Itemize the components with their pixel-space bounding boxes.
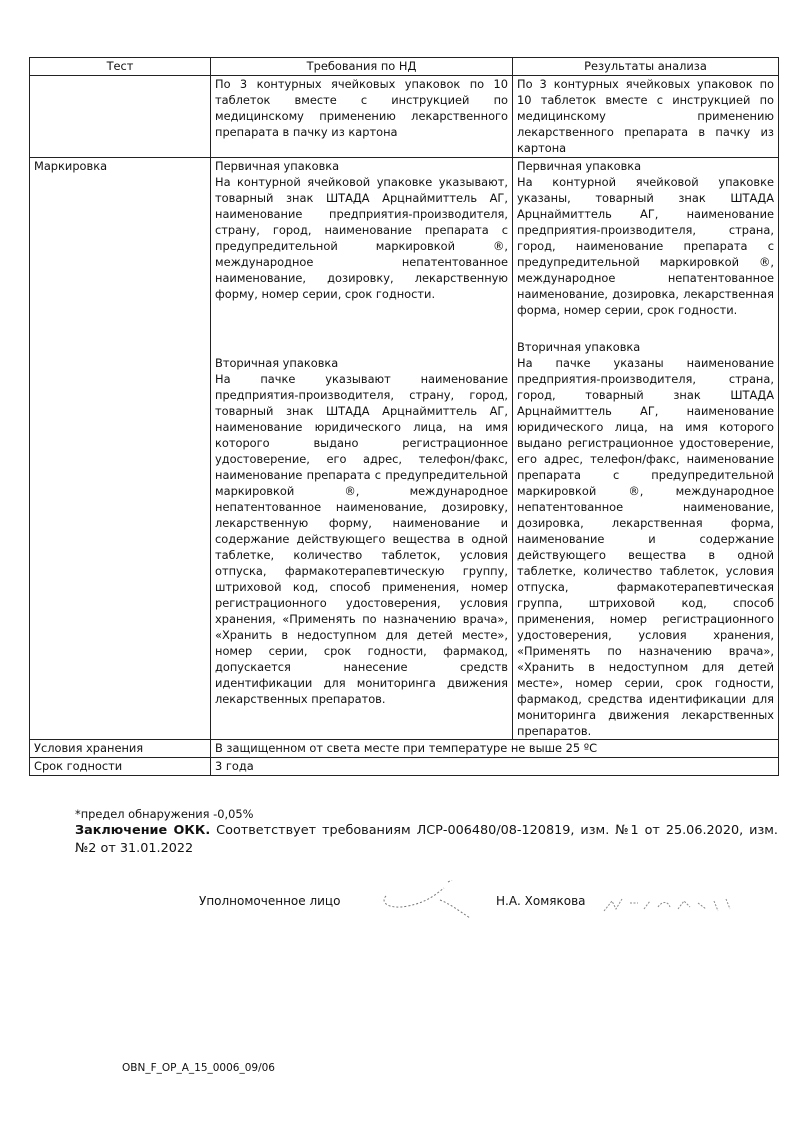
signature-icon xyxy=(378,880,478,920)
conclusion-label: Заключение ОКК. xyxy=(75,823,210,838)
cell-test: Срок годности xyxy=(30,758,211,776)
conclusion: Заключение ОКК. Соответствует требования… xyxy=(75,822,778,858)
signatory-name: Н.А. Хомякова xyxy=(496,893,586,909)
primary-title: Первичная упаковка xyxy=(215,158,508,174)
secondary-text: На пачке указывают наименование предприя… xyxy=(215,371,508,707)
primary-title: Первичная упаковка xyxy=(517,158,774,174)
cell-requirement: Первичная упаковка На контурной ячейково… xyxy=(211,158,513,740)
primary-text: На контурной ячейковой упаковке указываю… xyxy=(215,174,508,302)
header-results: Результаты анализа xyxy=(513,58,779,76)
primary-text: На контурной ячейковой упаковке указаны,… xyxy=(517,174,774,318)
document-page: Тест Требования по НД Результаты анализа… xyxy=(0,0,794,1122)
signatory-role: Уполномоченное лицо xyxy=(199,893,340,909)
footnote: *предел обнаружения -0,05% xyxy=(75,806,253,822)
secondary-title: Вторичная упаковка xyxy=(215,355,508,371)
cell-test: Маркировка xyxy=(30,158,211,740)
table-row-marking: Маркировка Первичная упаковка На контурн… xyxy=(30,158,779,740)
form-code: OBN_F_OP_A_15_0006_09/06 xyxy=(122,1062,275,1074)
secondary-title: Вторичная упаковка xyxy=(517,339,774,355)
table-header-row: Тест Требования по НД Результаты анализа xyxy=(30,58,779,76)
cell-result: Первичная упаковка На контурной ячейково… xyxy=(513,158,779,740)
cell-test xyxy=(30,76,211,158)
cell-requirement: По 3 контурных ячейковых упаковок по 10 … xyxy=(211,76,513,158)
table-row-shelf-life: Срок годности 3 года xyxy=(30,758,779,776)
table-row-storage: Условия хранения В защищенном от света м… xyxy=(30,740,779,758)
cell-value: 3 года xyxy=(211,758,779,776)
table-row: По 3 контурных ячейковых упаковок по 10 … xyxy=(30,76,779,158)
secondary-text: На пачке указаны наименование предприяти… xyxy=(517,355,774,739)
header-test: Тест xyxy=(30,58,211,76)
header-requirements: Требования по НД xyxy=(211,58,513,76)
handwritten-date-icon xyxy=(598,893,738,917)
cell-result: По 3 контурных ячейковых упаковок по 10 … xyxy=(513,76,779,158)
cell-value: В защищенном от света месте при температ… xyxy=(211,740,779,758)
cell-test: Условия хранения xyxy=(30,740,211,758)
spec-table: Тест Требования по НД Результаты анализа… xyxy=(29,57,779,776)
